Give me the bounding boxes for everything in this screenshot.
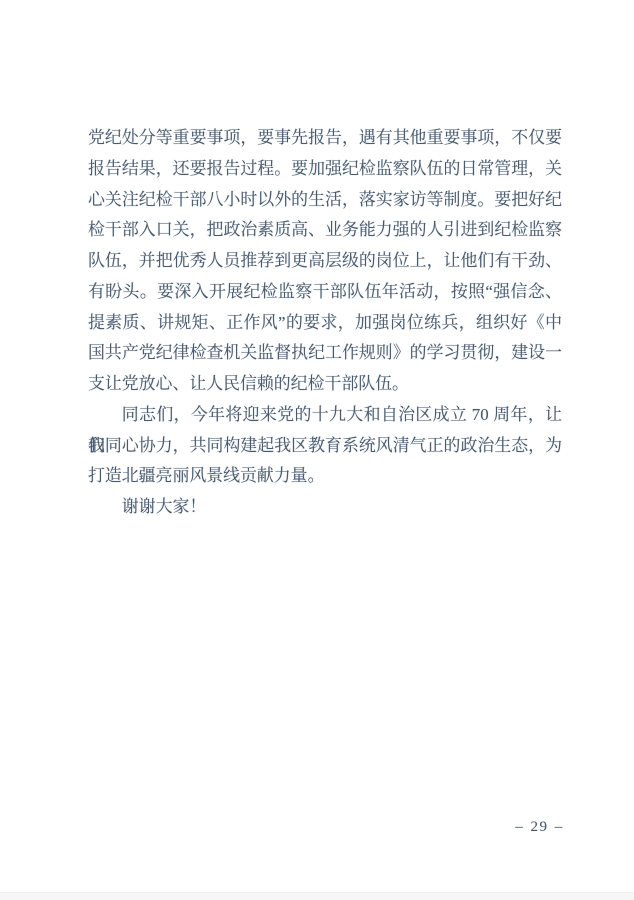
text-line: 有盼头。要深入开展纪检监察干部队伍年活动，按照“强信念、	[88, 277, 562, 308]
text-line: 支让党放心、让人民信赖的纪检干部队伍。	[88, 369, 562, 400]
text-line: 报告结果，还要报告过程。要加强纪检监察队伍的日常管理，关	[88, 154, 562, 185]
text-line: 打造北疆亮丽风景线贡献力量。	[88, 461, 562, 492]
text-line: 队伍，并把优秀人员推荐到更高层级的岗位上，让他们有干劲、	[88, 246, 562, 277]
text-line: 同志们，今年将迎来党的十九大和自治区成立 70 周年，让我	[88, 400, 562, 431]
text-line: 国共产党纪律检查机关监督执纪工作规则》的学习贯彻，建设一	[88, 338, 562, 369]
text-line: 检干部入口关，把政治素质高、业务能力强的人引进到纪检监察	[88, 215, 562, 246]
text-line: 谢谢大家！	[88, 492, 562, 523]
text-line: 党纪处分等重要事项，要事先报告，遇有其他重要事项，不仅要	[88, 123, 562, 154]
page-number: – 29 –	[512, 819, 567, 836]
document-page: 党纪处分等重要事项，要事先报告，遇有其他重要事项，不仅要报告结果，还要报告过程。…	[0, 0, 634, 900]
document-text: 党纪处分等重要事项，要事先报告，遇有其他重要事项，不仅要报告结果，还要报告过程。…	[88, 123, 562, 523]
text-line: 提素质、讲规矩、正作风”的要求，加强岗位练兵，组织好《中	[88, 308, 562, 339]
text-line: 心关注纪检干部八小时以外的生活，落实家访等制度。要把好纪	[88, 185, 562, 216]
scan-edge	[0, 892, 634, 900]
text-line: 们同心协力，共同构建起我区教育系统风清气正的政治生态，为	[88, 431, 562, 462]
